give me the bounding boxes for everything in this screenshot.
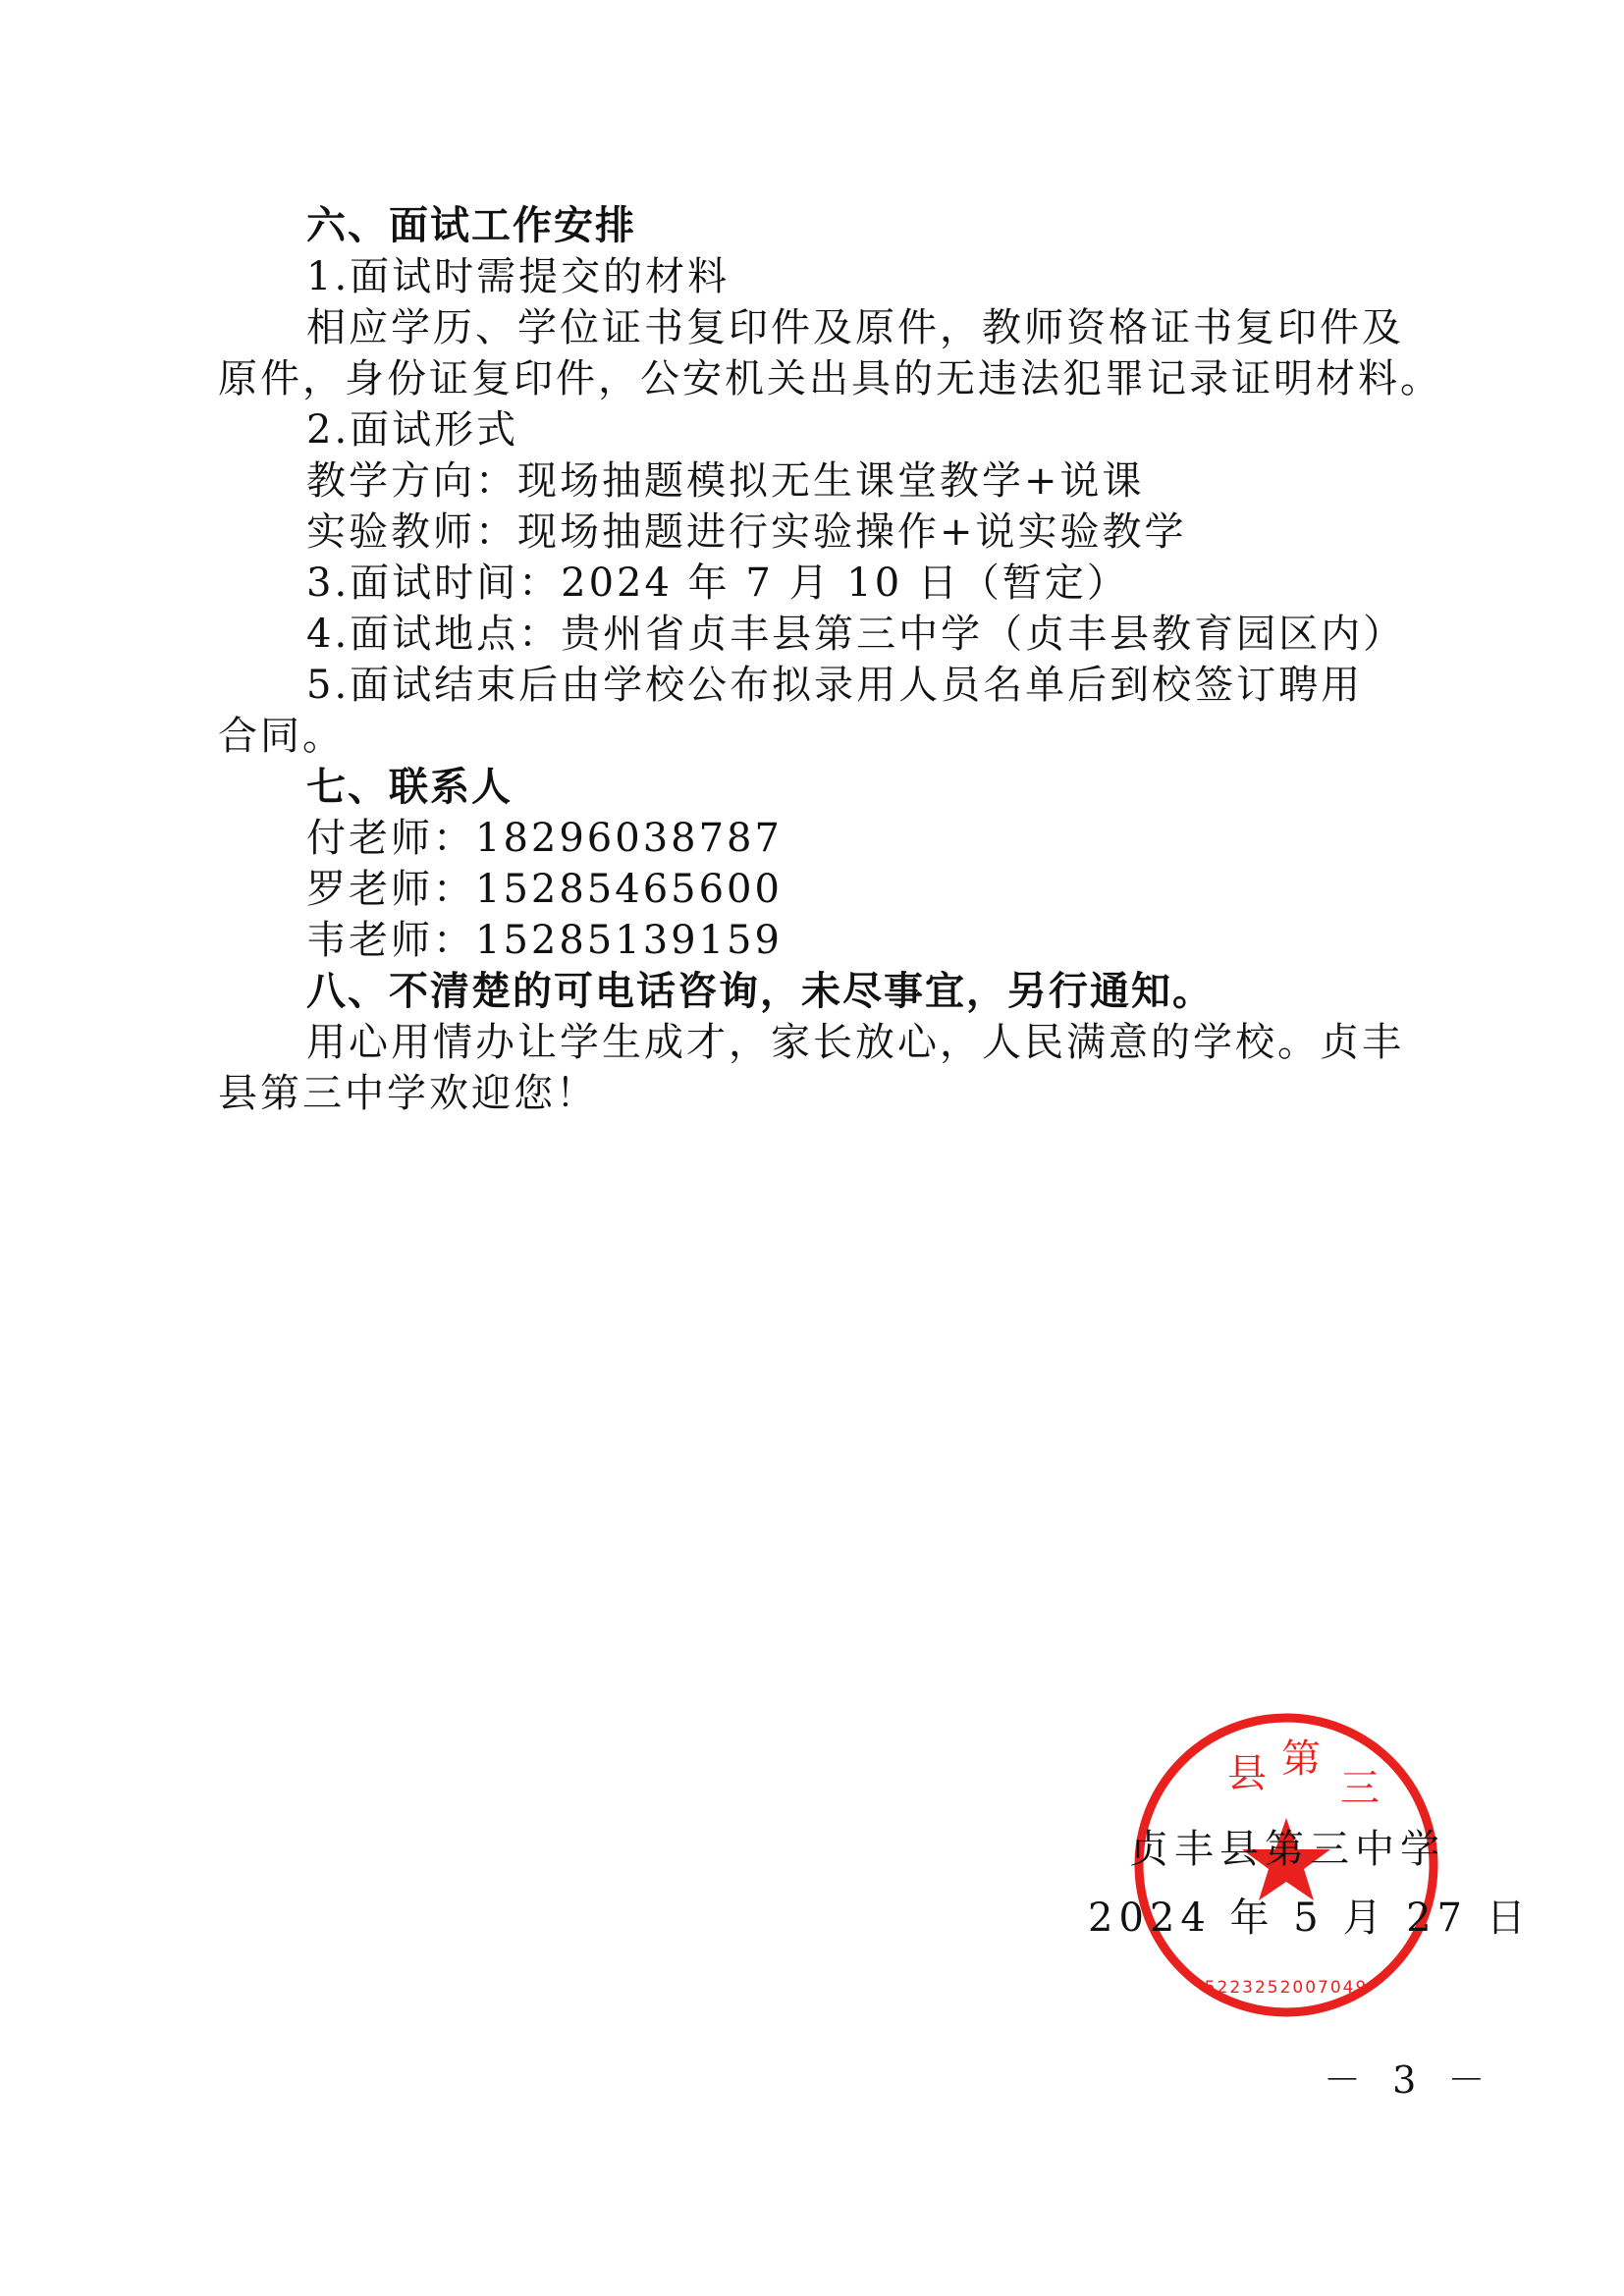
item-2-title: 2.面试形式 [306, 406, 518, 454]
contact-name: 韦老师： [306, 918, 475, 963]
svg-text:县: 县 [1227, 1751, 1267, 1796]
page-number: － 3 － [1324, 2050, 1494, 2104]
item-2-lab: 实验教师：现场抽题进行实验操作+说实验教学 [306, 508, 1187, 556]
contact-phone: 18296038787 [475, 816, 783, 861]
signature-date: 2024 年 5 月 27 日 [1088, 1895, 1532, 1942]
svg-text:5223252007049: 5223252007049 [1205, 1978, 1369, 1998]
item-5-line-2: 合同。 [218, 713, 345, 760]
item-3-time: 3.面试时间：2024 年 7 月 10 日（暂定） [306, 560, 1129, 607]
item-1-title: 1.面试时需提交的材料 [306, 253, 730, 300]
svg-text:三: 三 [1340, 1766, 1380, 1811]
contact-name: 罗老师： [306, 867, 475, 912]
contact-phone: 15285465600 [475, 867, 783, 912]
contact-row: 韦老师：15285139159 [306, 917, 783, 964]
svg-text:第: 第 [1281, 1736, 1321, 1782]
section-8-heading: 八、不清楚的可电话咨询，未尽事宜，另行通知。 [306, 968, 1214, 1015]
item-2-teaching: 教学方向：现场抽题模拟无生课堂教学+说课 [306, 457, 1145, 505]
closing-line-2: 县第三中学欢迎您！ [218, 1070, 598, 1117]
item-1-body-line-1: 相应学历、学位证书复印件及原件，教师资格证书复印件及 [306, 304, 1404, 351]
item-5-line-1: 5.面试结束后由学校公布拟录用人员名单后到校签订聘用 [306, 662, 1363, 709]
contact-row: 罗老师：15285465600 [306, 866, 783, 913]
contact-row: 付老师：18296038787 [306, 815, 783, 862]
contact-name: 付老师： [306, 816, 475, 861]
signature-org: 贞丰县第三中学 [1129, 1826, 1445, 1873]
item-1-body-line-2: 原件，身份证复印件，公安机关出具的无违法犯罪记录证明材料。 [218, 355, 1442, 402]
section-7-heading: 七、联系人 [306, 764, 513, 811]
item-4-location: 4.面试地点：贵州省贞丰县第三中学（贞丰县教育园区内） [306, 611, 1405, 658]
section-6-heading: 六、面试工作安排 [306, 202, 636, 249]
closing-line-1: 用心用情办让学生成才，家长放心，人民满意的学校。贞丰 [306, 1019, 1404, 1066]
contact-phone: 15285139159 [475, 918, 783, 963]
